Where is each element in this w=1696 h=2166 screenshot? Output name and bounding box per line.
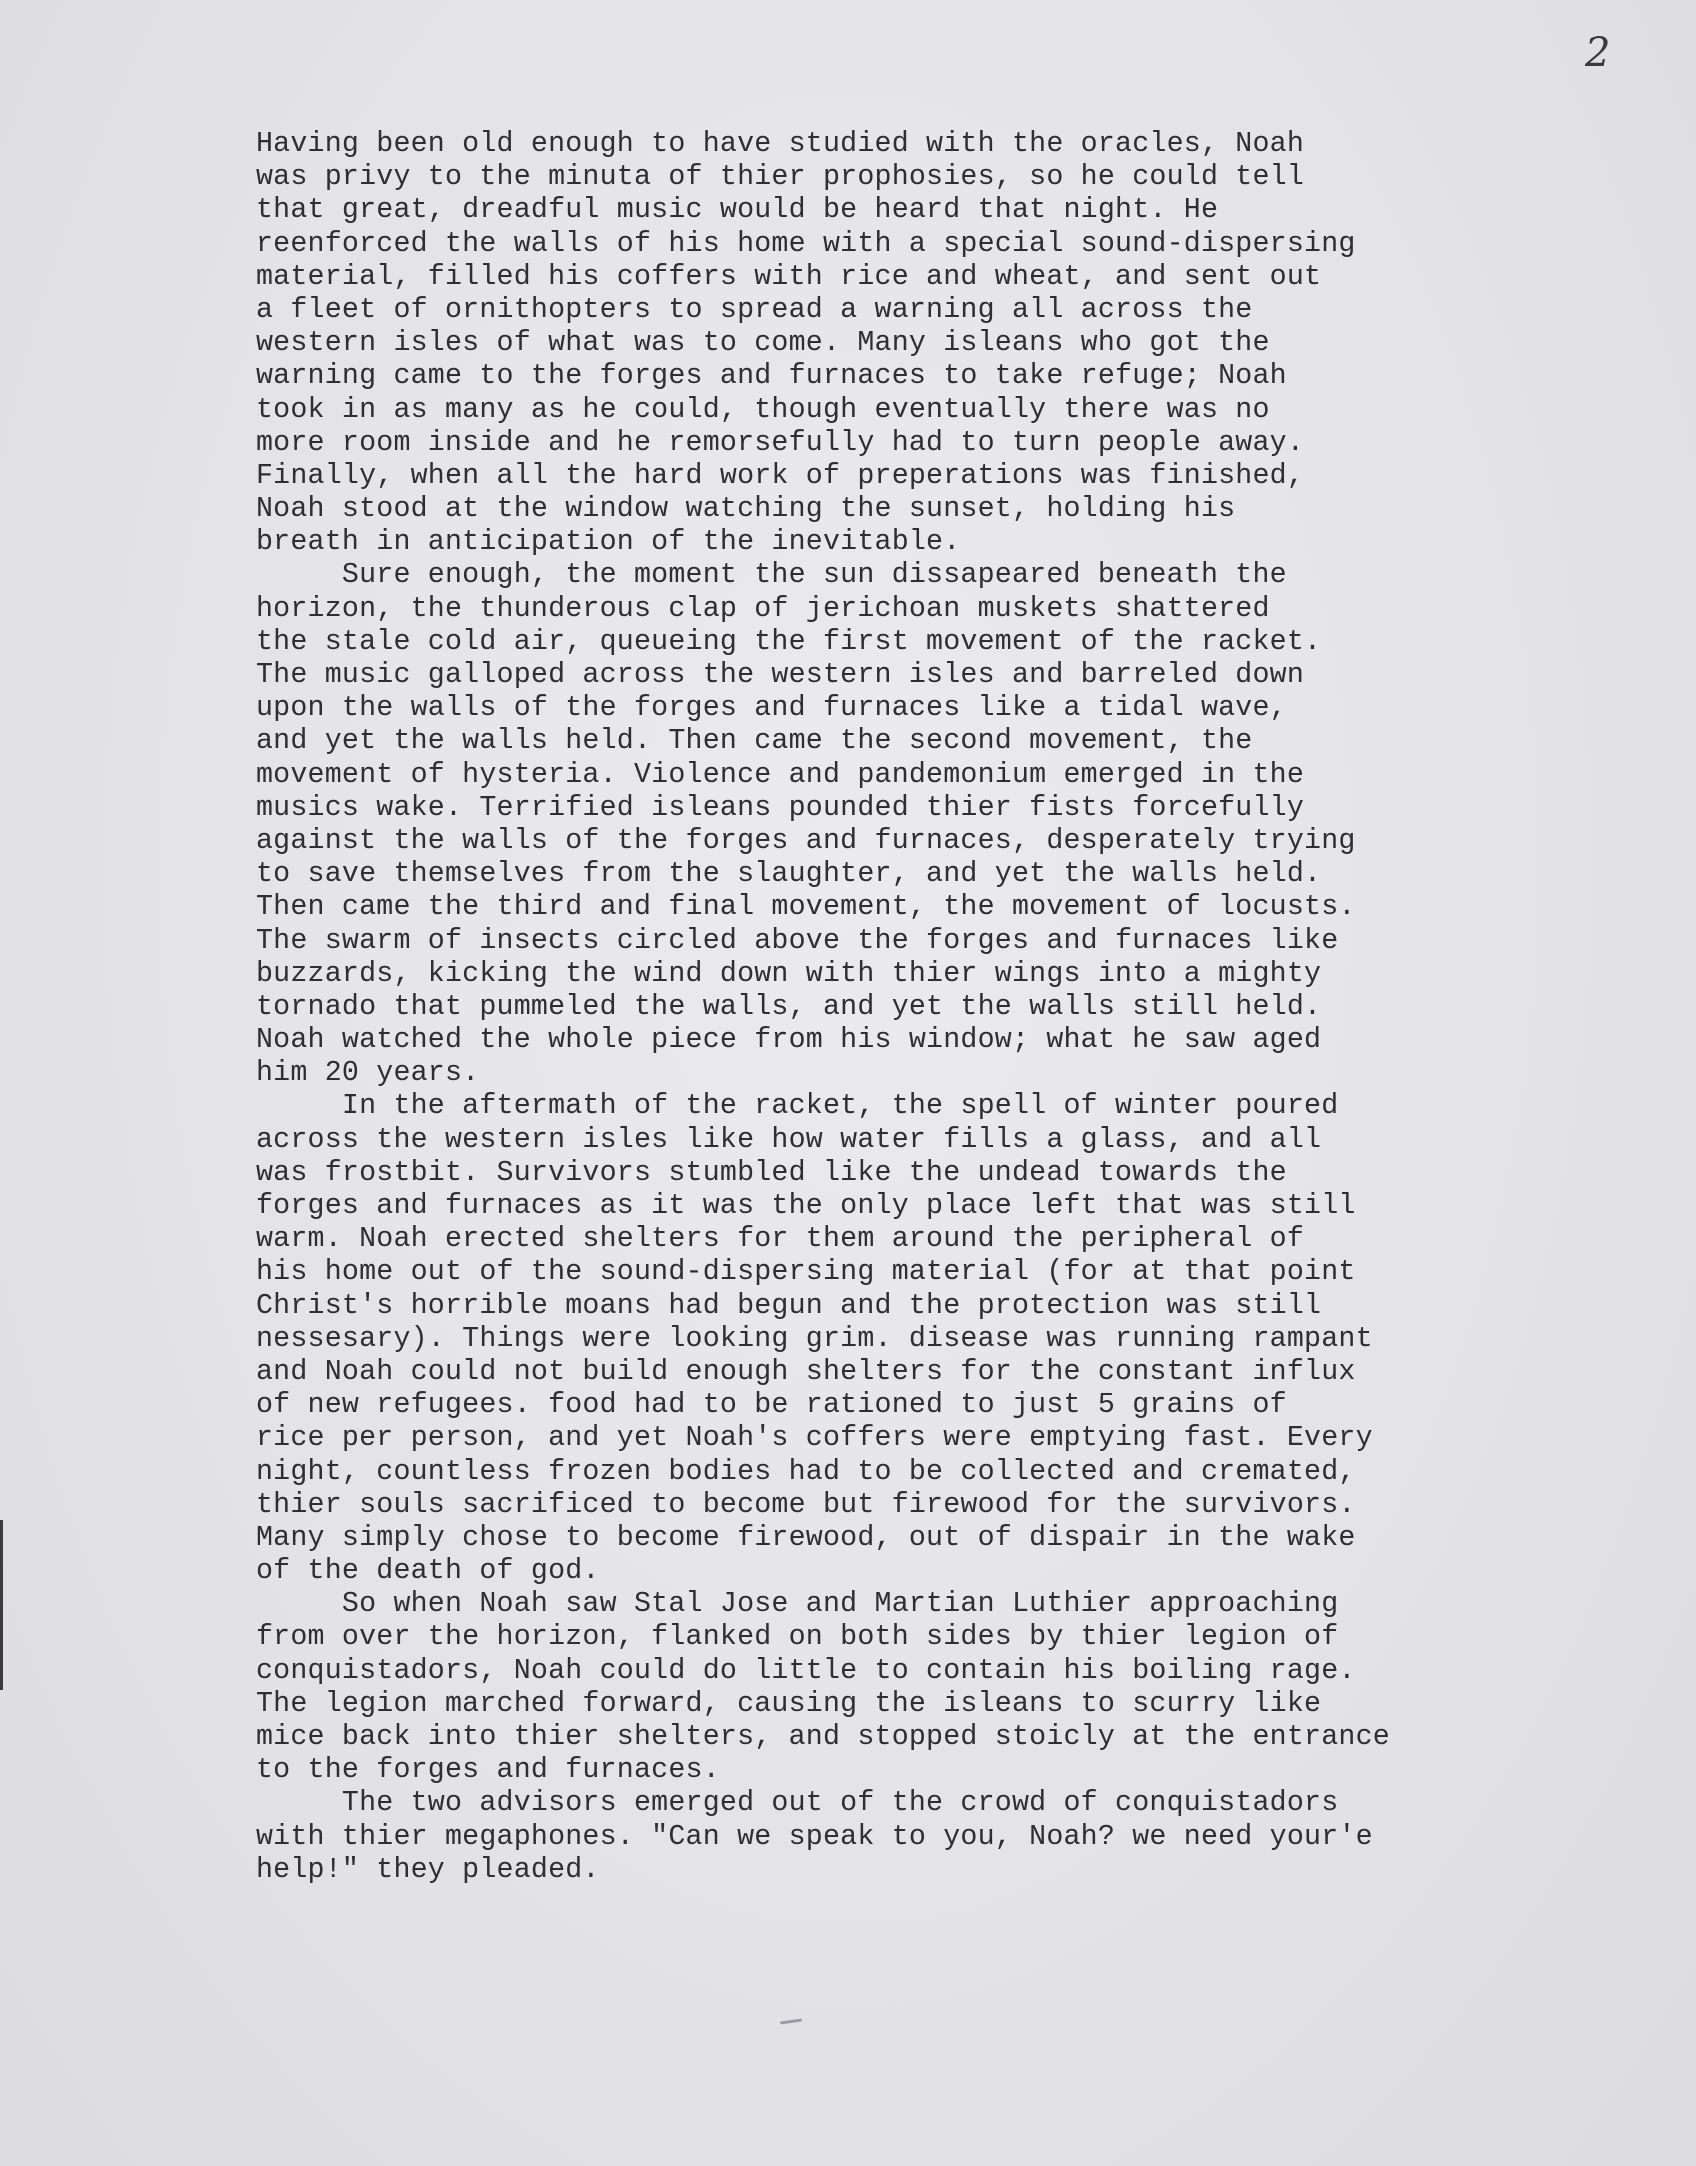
text-line: to save themselves from the slaughter, a…: [256, 858, 1596, 891]
text-line: Many simply chose to become firewood, ou…: [256, 1522, 1596, 1555]
text-line: help!" they pleaded.: [256, 1854, 1596, 1887]
text-line: The music galloped across the western is…: [256, 659, 1596, 692]
text-line: The legion marched forward, causing the …: [256, 1688, 1596, 1721]
text-line: nessesary). Things were looking grim. di…: [256, 1323, 1596, 1356]
text-line: of the death of god.: [256, 1555, 1596, 1588]
text-line: across the western isles like how water …: [256, 1124, 1596, 1157]
text-line: that great, dreadful music would be hear…: [256, 194, 1596, 227]
text-line: The swarm of insects circled above the f…: [256, 925, 1596, 958]
text-line: breath in anticipation of the inevitable…: [256, 526, 1596, 559]
text-line: Sure enough, the moment the sun dissapea…: [256, 559, 1596, 592]
typewritten-page: 2 Having been old enough to have studied…: [0, 0, 1696, 2166]
text-line: conquistadors, Noah could do little to c…: [256, 1655, 1596, 1688]
text-line: Then came the third and final movement, …: [256, 891, 1596, 924]
text-line: from over the horizon, flanked on both s…: [256, 1621, 1596, 1654]
text-line: In the aftermath of the racket, the spel…: [256, 1090, 1596, 1123]
text-line: horizon, the thunderous clap of jerichoa…: [256, 593, 1596, 626]
body-text: Having been old enough to have studied w…: [256, 128, 1596, 1887]
text-line: night, countless frozen bodies had to be…: [256, 1456, 1596, 1489]
text-line: and Noah could not build enough shelters…: [256, 1356, 1596, 1389]
text-line: tornado that pummeled the walls, and yet…: [256, 991, 1596, 1024]
text-line: Having been old enough to have studied w…: [256, 128, 1596, 161]
text-line: mice back into thier shelters, and stopp…: [256, 1721, 1596, 1754]
text-line: reenforced the walls of his home with a …: [256, 228, 1596, 261]
text-line: of new refugees. food had to be rationed…: [256, 1389, 1596, 1422]
ink-smudge: [780, 2018, 802, 2024]
text-line: was frostbit. Survivors stumbled like th…: [256, 1157, 1596, 1190]
text-line: with thier megaphones. "Can we speak to …: [256, 1821, 1596, 1854]
text-line: and yet the walls held. Then came the se…: [256, 725, 1596, 758]
text-line: warning came to the forges and furnaces …: [256, 360, 1596, 393]
text-line: took in as many as he could, though even…: [256, 394, 1596, 427]
text-line: warm. Noah erected shelters for them aro…: [256, 1223, 1596, 1256]
text-line: the stale cold air, queueing the first m…: [256, 626, 1596, 659]
text-line: against the walls of the forges and furn…: [256, 825, 1596, 858]
text-line: western isles of what was to come. Many …: [256, 327, 1596, 360]
text-line: thier souls sacrificed to become but fir…: [256, 1489, 1596, 1522]
text-line: Finally, when all the hard work of prepe…: [256, 460, 1596, 493]
text-line: was privy to the minuta of thier prophos…: [256, 161, 1596, 194]
text-line: his home out of the sound-dispersing mat…: [256, 1256, 1596, 1289]
text-line: buzzards, kicking the wind down with thi…: [256, 958, 1596, 991]
text-line: upon the walls of the forges and furnace…: [256, 692, 1596, 725]
text-line: The two advisors emerged out of the crow…: [256, 1787, 1596, 1820]
text-line: material, filled his coffers with rice a…: [256, 261, 1596, 294]
page-number: 2: [1585, 30, 1610, 76]
text-line: So when Noah saw Stal Jose and Martian L…: [256, 1588, 1596, 1621]
text-line: a fleet of ornithopters to spread a warn…: [256, 294, 1596, 327]
text-line: Noah stood at the window watching the su…: [256, 493, 1596, 526]
text-line: to the forges and furnaces.: [256, 1754, 1596, 1787]
text-line: musics wake. Terrified isleans pounded t…: [256, 792, 1596, 825]
text-line: forges and furnaces as it was the only p…: [256, 1190, 1596, 1223]
text-line: him 20 years.: [256, 1057, 1596, 1090]
scan-edge-mark: [0, 1520, 3, 1690]
text-line: Christ's horrible moans had begun and th…: [256, 1290, 1596, 1323]
text-line: rice per person, and yet Noah's coffers …: [256, 1422, 1596, 1455]
text-line: Noah watched the whole piece from his wi…: [256, 1024, 1596, 1057]
text-line: more room inside and he remorsefully had…: [256, 427, 1596, 460]
text-line: movement of hysteria. Violence and pande…: [256, 759, 1596, 792]
